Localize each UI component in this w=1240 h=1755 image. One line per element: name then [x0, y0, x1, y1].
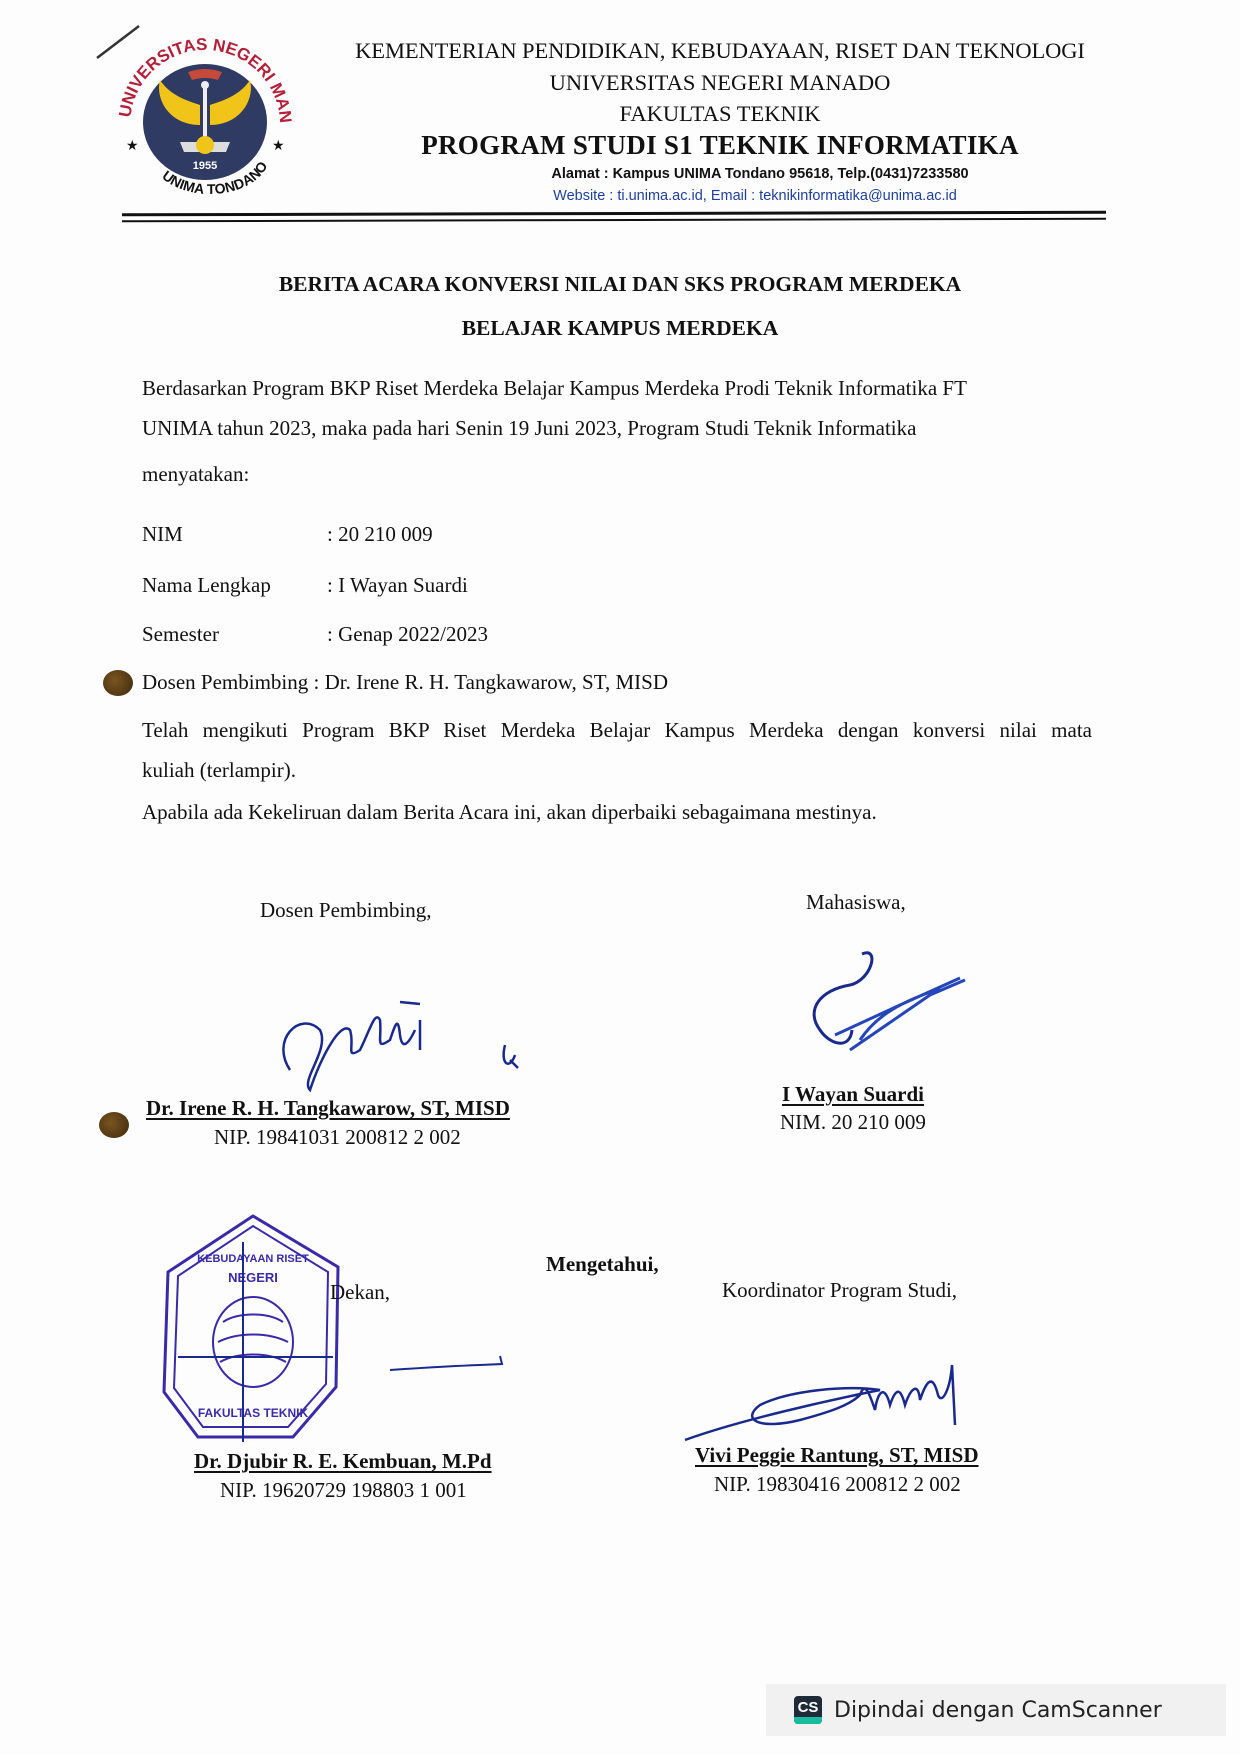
document-title-line2: BELAJAR KAMPUS MERDEKA [0, 316, 1240, 341]
svg-text:★: ★ [272, 139, 285, 154]
advisor-name: Dr. Irene R. H. Tangkawarow, ST, MISD [146, 1096, 510, 1121]
document-title-line1: BERITA ACARA KONVERSI NILAI DAN SKS PROG… [0, 272, 1240, 297]
dean-name: Dr. Djubir R. E. Kembuan, M.Pd [194, 1449, 492, 1474]
student-role: Mahasiswa, [806, 890, 906, 915]
body-line2: kuliah (terlampir). [142, 758, 296, 783]
letterhead-rule-thin [122, 218, 1106, 222]
closing-statement: Apabila ada Kekeliruan dalam Berita Acar… [142, 800, 877, 825]
advisor-nip: NIP. 19841031 200812 2 002 [214, 1125, 461, 1150]
field-label: NIM [142, 522, 327, 547]
field-label: Dosen Pembimbing [142, 670, 308, 694]
acknowledged-label: Mengetahui, [546, 1252, 659, 1277]
body-line1: Telah mengikuti Program BKP Riset Merdek… [142, 718, 1092, 743]
field-semester: Semester: Genap 2022/2023 [142, 622, 488, 647]
faculty-name: FAKULTAS TEKNIK [330, 101, 1110, 127]
student-signature [790, 950, 990, 1070]
punch-hole-mark [103, 670, 133, 696]
dean-nip: NIP. 19620729 198803 1 001 [220, 1478, 467, 1503]
coordinator-signature [680, 1350, 1010, 1450]
faculty-stamp: KEBUDAYAAN RISET NEGERI FAKULTAS TEKNIK [158, 1212, 348, 1442]
field-value: : I Wayan Suardi [327, 573, 468, 597]
university-logo: UNIVERSITAS NEGERI MANADO 1955 ★ ★ UNIMA… [100, 30, 310, 200]
scanned-document-page: UNIVERSITAS NEGERI MANADO 1955 ★ ★ UNIMA… [0, 0, 1240, 1755]
coordinator-nip: NIP. 19830416 200812 2 002 [714, 1472, 961, 1497]
field-advisor: Dosen Pembimbing : Dr. Irene R. H. Tangk… [142, 670, 668, 695]
field-full-name: Nama Lengkap: I Wayan Suardi [142, 573, 468, 598]
dean-role: Dekan, [330, 1280, 390, 1305]
intro-line3: menyatakan: [142, 462, 249, 487]
svg-text:FAKULTAS TEKNIK: FAKULTAS TEKNIK [198, 1406, 309, 1420]
coordinator-role: Koordinator Program Studi, [722, 1278, 957, 1303]
coordinator-name: Vivi Peggie Rantung, ST, MISD [695, 1443, 979, 1468]
intro-line2: UNIMA tahun 2023, maka pada hari Senin 1… [142, 416, 916, 441]
svg-text:★: ★ [126, 139, 139, 154]
field-nim: NIM: 20 210 009 [142, 522, 433, 547]
study-program-name: PROGRAM STUDI S1 TEKNIK INFORMATIKA [330, 130, 1110, 161]
camscanner-logo-icon: CS [794, 1696, 822, 1724]
camscanner-watermark: CS Dipindai dengan CamScanner [766, 1684, 1226, 1736]
student-name: I Wayan Suardi [782, 1082, 924, 1107]
logo-year: 1955 [193, 160, 217, 172]
contact-line: Website : ti.unima.ac.id, Email : teknik… [330, 188, 1110, 204]
field-value: : Genap 2022/2023 [327, 622, 488, 646]
dean-signature [380, 1330, 510, 1380]
university-seal-icon: UNIVERSITAS NEGERI MANADO 1955 ★ ★ UNIMA… [100, 30, 310, 200]
punch-hole-mark [99, 1112, 129, 1138]
svg-text:KEBUDAYAAN RISET: KEBUDAYAAN RISET [197, 1253, 309, 1265]
advisor-role: Dosen Pembimbing, [260, 898, 432, 923]
field-label: Semester [142, 622, 327, 647]
intro-line1: Berdasarkan Program BKP Riset Merdeka Be… [142, 376, 967, 401]
university-name: UNIVERSITAS NEGERI MANADO [330, 70, 1110, 96]
field-value: : Dr. Irene R. H. Tangkawarow, ST, MISD [314, 670, 669, 694]
camscanner-text: Dipindai dengan CamScanner [834, 1698, 1162, 1723]
svg-text:NEGERI: NEGERI [228, 1270, 278, 1285]
advisor-signature [270, 990, 530, 1100]
student-nim: NIM. 20 210 009 [780, 1110, 926, 1135]
letterhead-rule-thick [122, 211, 1106, 217]
ministry-name: KEMENTERIAN PENDIDIKAN, KEBUDAYAAN, RISE… [330, 38, 1110, 64]
address-line: Alamat : Kampus UNIMA Tondano 95618, Tel… [330, 166, 1110, 182]
field-label: Nama Lengkap [142, 573, 327, 598]
field-value: : 20 210 009 [327, 522, 433, 546]
